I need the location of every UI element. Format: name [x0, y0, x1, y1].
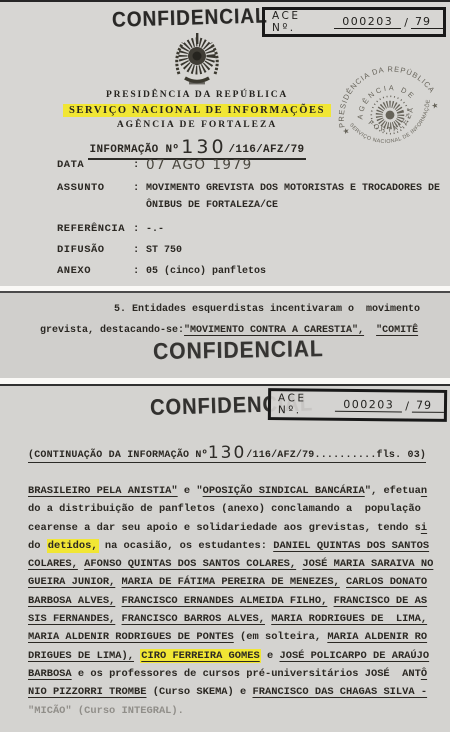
text-segment: e ": [178, 485, 203, 497]
underlined-name: FRANCISCO BARROS ALVES,: [122, 613, 265, 625]
text-segment: (em solteira,: [234, 631, 328, 643]
underlined-name: i: [421, 522, 427, 534]
text-segment: na ocasião, os estudantes:: [99, 540, 274, 552]
underlined-name: BRASILEIRO PELA ANISTIA": [28, 485, 178, 497]
body-line: do detidos, na ocasião, os estudantes: D…: [28, 537, 436, 555]
ace-number-box: ACE Nº. 000203 / 79: [268, 388, 447, 422]
underlined-name: SIS FERNANDES,: [28, 613, 115, 625]
underlined-name: CARLOS DONATO: [346, 576, 427, 588]
field-row-data: DATA : 07 AGO 1979: [57, 157, 442, 174]
ace-label: ACE Nº.: [271, 392, 328, 417]
field-label: ANEXO: [57, 263, 133, 280]
org-presidencia: PRESIDÊNCIA DA REPÚBLICA: [52, 90, 342, 100]
text-segment: grevista, destacando-se:: [40, 325, 184, 336]
underlined-name: n: [421, 485, 427, 497]
ace-year: 79: [411, 15, 443, 29]
confidencial-stamp-top: CONFIDENCIAL: [112, 5, 268, 34]
field-label: REFERÊNCIA: [57, 221, 133, 238]
field-row-difusao: DIFUSÃO : ST 750: [57, 242, 442, 259]
body-line: GUEIRA JUNIOR, MARIA DE FÁTIMA PEREIRA D…: [28, 573, 436, 591]
underlined-name: BARBOSA: [28, 668, 72, 680]
info-prefix: INFORMAÇÃO Nº: [90, 144, 180, 156]
text-segment: [364, 325, 376, 336]
underlined-name: "MOVIMENTO CONTRA A CARESTIA",: [184, 325, 364, 336]
continuation-header: (CONTINUAÇÃO DA INFORMAÇÃO Nº130/116/AFZ…: [28, 442, 426, 462]
field-label: ASSUNTO: [57, 180, 133, 197]
seal-star-right-icon: ★: [430, 100, 439, 111]
confidencial-stamp-middle: CONFIDENCIAL: [153, 336, 324, 365]
field-colon: :: [133, 242, 146, 259]
field-row-anexo: ANEXO : 05 (cinco) panfletos: [57, 263, 442, 280]
underlined-name: FRANCISCO ERNANDES ALMEIDA FILHO,: [122, 595, 328, 607]
field-colon: :: [133, 221, 146, 238]
field-value: ST 750: [146, 242, 182, 259]
underlined-name: DANIEL QUINTAS DOS SANTOS: [273, 540, 429, 552]
body-line: MARIA ALDENIR RODRIGUES DE PONTES (em so…: [28, 628, 436, 646]
body-line: BRASILEIRO PELA ANISTIA" e "OPOSIÇÃO SIN…: [28, 482, 436, 500]
ace-number: 000203: [335, 398, 402, 413]
underlined-name: MARIA DE FÁTIMA PEREIRA DE MENEZES,: [122, 576, 340, 588]
underlined-name: FRANCISCO DE AS: [334, 595, 428, 607]
text-segment: (Curso SKEMA) e: [146, 686, 252, 698]
field-colon: :: [133, 157, 146, 174]
text-segment: ", efetua: [365, 485, 421, 497]
highlighted-text: CIRO FERREIRA GOMES: [140, 649, 260, 663]
continuation-suffix: /116/AFZ/79..........fls. 03): [246, 450, 426, 461]
underlined-name: BARBOSA ALVES,: [28, 595, 115, 607]
field-row-assunto: ASSUNTO : MOVIMENTO GREVISTA DOS MOTORIS…: [57, 180, 442, 214]
ace-number-box: ACE Nº. 000203 / 79: [262, 7, 446, 37]
text-segment: e os professores de cursos pré-universit…: [72, 668, 421, 680]
continuation-number-stamp: 130: [208, 443, 246, 463]
text-segment: do a distribuição de panfletos (anexo) c…: [28, 503, 421, 515]
underlined-name: COLARES,: [28, 558, 78, 570]
field-value: MOVIMENTO GREVISTA DOS MOTORISTAS E TROC…: [146, 180, 440, 214]
ace-year: 79: [412, 399, 444, 413]
underlined-name: Ô: [421, 668, 427, 680]
body-line: SIS FERNANDES, FRANCISCO BARROS ALVES, M…: [28, 610, 436, 628]
text-segment: "MICÃO" (Curso INTEGRAL).: [28, 705, 184, 717]
field-value: 05 (cinco) panfletos: [146, 263, 266, 280]
body-line: COLARES, AFONSO QUINTAS DOS SANTOS COLAR…: [28, 555, 436, 573]
field-row-referencia: REFERÊNCIA : -.-: [57, 221, 442, 238]
date-stamp-value: 07 AGO 1979: [146, 157, 253, 174]
field-colon: :: [133, 180, 146, 197]
excerpt-section: 5. Entidades esquerdistas incentivaram o…: [0, 291, 450, 378]
body-line: BARBOSA ALVES, FRANCISCO ERNANDES ALMEID…: [28, 592, 436, 610]
ace-separator: /: [404, 16, 408, 29]
ace-separator: /: [405, 399, 409, 412]
field-colon: :: [133, 263, 146, 280]
highlighted-text: detidos,: [47, 539, 99, 553]
body-line: NIO PIZZORRI TROMBE (Curso SKEMA) e FRAN…: [28, 683, 436, 701]
org-sni-highlighted: SERVIÇO NACIONAL DE INFORMAÇÕES: [63, 104, 331, 117]
org-agencia: AGÊNCIA DE FORTALEZA: [52, 120, 342, 130]
underlined-name: MARIA ALDENIR RO: [327, 631, 427, 643]
body-line: do a distribuição de panfletos (anexo) c…: [28, 500, 436, 518]
info-suffix: /116/AFZ/79: [229, 144, 305, 156]
body-line: BARBOSA e os professores de cursos pré-u…: [28, 665, 436, 683]
issuing-org-block: PRESIDÊNCIA DA REPÚBLICA SERVIÇO NACIONA…: [52, 90, 342, 160]
field-label: DIFUSÃO: [57, 242, 133, 259]
assunto-line1: MOVIMENTO GREVISTA DOS MOTORISTAS E TROC…: [146, 183, 440, 194]
info-number-stamp: 130: [179, 136, 228, 158]
field-value: -.-: [146, 221, 164, 238]
ace-number: 000203: [334, 15, 401, 29]
underlined-name: MARIA ALDENIR RODRIGUES DE PONTES: [28, 631, 234, 643]
field-label: DATA: [57, 157, 133, 174]
text-segment: cearense a dar seu apoio e solidariedade…: [28, 522, 421, 534]
underlined-name: JOSÉ POLICARPO DE ARAÚJO: [279, 650, 429, 662]
text-segment: do: [28, 540, 47, 552]
underlined-name: FRANCISCO DAS CHAGAS SILVA -: [253, 686, 428, 698]
document-header-section: CONFIDENCIAL ACE Nº. 000203 / 79 PRESIDÊ…: [0, 0, 450, 286]
underlined-name: NIO PIZZORRI TROMBE: [28, 686, 146, 698]
assunto-line2: ÔNIBUS DE FORTALEZA/CE: [146, 200, 278, 211]
underlined-name: "COMITÊ: [376, 325, 418, 336]
underlined-name: DRIGUES DE LIMA),: [28, 650, 134, 662]
body-line: DRIGUES DE LIMA), CIRO FERREIRA GOMES e …: [28, 647, 436, 665]
text-segment: e: [261, 650, 280, 662]
coat-of-arms-icon: [170, 32, 224, 88]
continuation-section: CONFIDENCIAL ACE Nº. 000203 / 79 (CONTIN…: [0, 384, 450, 732]
body-line: cearense a dar seu apoio e solidariedade…: [28, 519, 436, 537]
scanned-document: CONFIDENCIAL ACE Nº. 000203 / 79 PRESIDÊ…: [0, 0, 450, 732]
excerpt-line-1: 5. Entidades esquerdistas incentivaram o…: [40, 299, 450, 320]
underlined-name: AFONSO QUINTAS DOS SANTOS COLARES,: [84, 558, 296, 570]
metadata-fields: DATA : 07 AGO 1979 ASSUNTO : MOVIMENTO G…: [57, 157, 442, 284]
underlined-name: MARIA RODRIGUES DE LIMA,: [271, 613, 427, 625]
ace-label: ACE Nº.: [265, 10, 326, 34]
body-line: "MICÃO" (Curso INTEGRAL).: [28, 702, 436, 720]
underlined-name: OPOSIÇÃO SINDICAL BANCÁRIA: [203, 485, 365, 497]
underlined-name: JOSÉ MARIA SARAIVA NO: [302, 558, 433, 570]
continuation-prefix: (CONTINUAÇÃO DA INFORMAÇÃO Nº: [28, 450, 208, 461]
underlined-name: GUEIRA JUNIOR,: [28, 576, 115, 588]
body-text: BRASILEIRO PELA ANISTIA" e "OPOSIÇÃO SIN…: [28, 482, 436, 720]
